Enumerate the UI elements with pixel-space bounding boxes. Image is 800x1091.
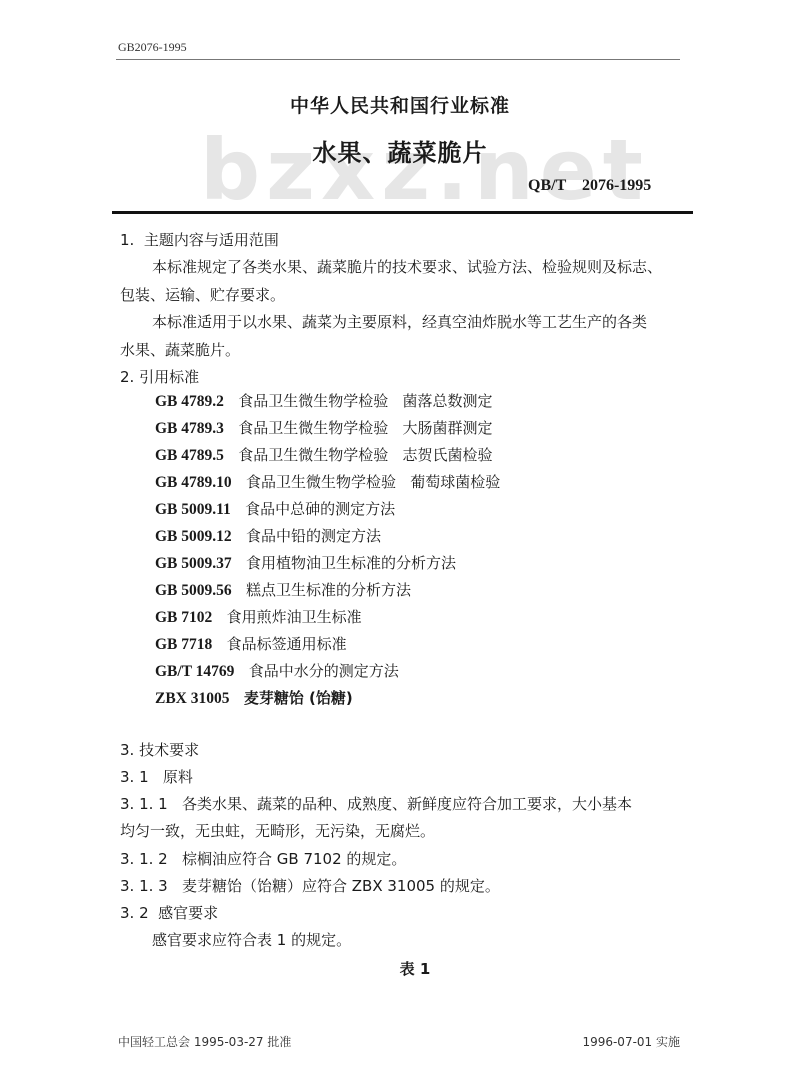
reference-title: 食品卫生微生物学检验 大肠菌群测定 [238,419,492,437]
reference-item: GB/T 14769 食品中水分的测定方法 [155,661,399,682]
reference-code: GB/T 14769 [155,663,234,680]
reference-title: 食品卫生微生物学检验 葡萄球菌检验 [246,473,500,491]
standard-code: QB/T 2076-1995 [528,177,651,195]
reference-item: GB 4789.2 食品卫生微生物学检验 菌落总数测定 [155,391,493,412]
reference-item: GB 5009.37 食用植物油卫生标准的分析方法 [155,553,456,574]
section-3-1-1-line-1: 3. 1. 1 各类水果、蔬菜的品种、成熟度、新鲜度应符合加工要求，大小基本 [120,794,632,814]
reference-code: ZBX 31005 [155,690,230,707]
reference-item: GB 5009.11 食品中总砷的测定方法 [155,499,395,520]
section-3-2-heading: 3. 2 感官要求 [120,903,218,923]
section-1-paragraph-2-line-2: 水果、蔬菜脆片。 [120,340,240,360]
reference-code: GB 5009.11 [155,501,231,518]
reference-item: GB 4789.5 食品卫生微生物学检验 志贺氏菌检验 [155,445,493,466]
reference-code: GB 4789.5 [155,447,224,464]
reference-code: GB 4789.2 [155,393,224,410]
reference-item: ZBX 31005 麦芽糖饴 (饴糖) [155,688,353,709]
section-1-paragraph-2-line-1: 本标准适用于以水果、蔬菜为主要原料，经真空油炸脱水等工艺生产的各类 [152,312,647,332]
document-title: 水果、蔬菜脆片 [0,133,800,168]
reference-title: 食品中总砷的测定方法 [245,500,395,518]
reference-code: GB 4789.10 [155,474,232,491]
reference-code: GB 5009.56 [155,582,232,599]
section-1-heading: 1. 主题内容与适用范围 [120,230,279,250]
table-caption: 表 1 [0,958,800,979]
reference-title: 食用煎炸油卫生标准 [227,608,362,626]
section-3-heading: 3. 技术要求 [120,740,199,760]
reference-item: GB 5009.12 食品中铅的测定方法 [155,526,381,547]
running-header-code: GB2076-1995 [118,40,187,55]
header-rule [116,59,680,60]
approval-note: 中国轻工总会 1995-03-27 批准 [118,1033,291,1050]
reference-title: 食用植物油卫生标准的分析方法 [246,554,456,572]
reference-item: GB 7102 食用煎炸油卫生标准 [155,607,362,628]
reference-title: 糕点卫生标准的分析方法 [246,581,411,599]
reference-title: 食品卫生微生物学检验 菌落总数测定 [238,392,492,410]
section-2-heading: 2. 引用标准 [120,367,199,387]
reference-item: GB 4789.3 食品卫生微生物学检验 大肠菌群测定 [155,418,493,439]
reference-title: 食品标签通用标准 [227,635,347,653]
section-3-1-1-line-2: 均匀一致，无虫蛀，无畸形，无污染，无腐烂。 [120,821,435,841]
section-1-paragraph-1-line-2: 包装、运输、贮存要求。 [120,285,285,305]
section-3-1-heading: 3. 1 原料 [120,767,193,787]
section-3-2-text: 感官要求应符合表 1 的规定。 [152,930,351,950]
reference-item: GB 5009.56 糕点卫生标准的分析方法 [155,580,411,601]
reference-code: GB 7102 [155,609,212,626]
reference-item: GB 4789.10 食品卫生微生物学检验 葡萄球菌检验 [155,472,500,493]
reference-code: GB 5009.37 [155,555,232,572]
title-rule [112,211,693,214]
reference-code: GB 4789.3 [155,420,224,437]
reference-title: 食品中水分的测定方法 [249,662,399,680]
reference-title: 麦芽糖饴 (饴糖) [244,689,353,707]
section-3-1-2: 3. 1. 2 棕榈油应符合 GB 7102 的规定。 [120,849,406,869]
standard-title: 中华人民共和国行业标准 [0,91,800,118]
effective-date: 1996-07-01 实施 [582,1033,680,1050]
reference-title: 食品卫生微生物学检验 志贺氏菌检验 [238,446,492,464]
section-3-1-3: 3. 1. 3 麦芽糖饴（饴糖）应符合 ZBX 31005 的规定。 [120,876,500,896]
reference-item: GB 7718 食品标签通用标准 [155,634,347,655]
reference-code: GB 5009.12 [155,528,232,545]
reference-title: 食品中铅的测定方法 [246,527,381,545]
reference-code: GB 7718 [155,636,212,653]
section-1-paragraph-1-line-1: 本标准规定了各类水果、蔬菜脆片的技术要求、试验方法、检验规则及标志、 [152,257,662,277]
